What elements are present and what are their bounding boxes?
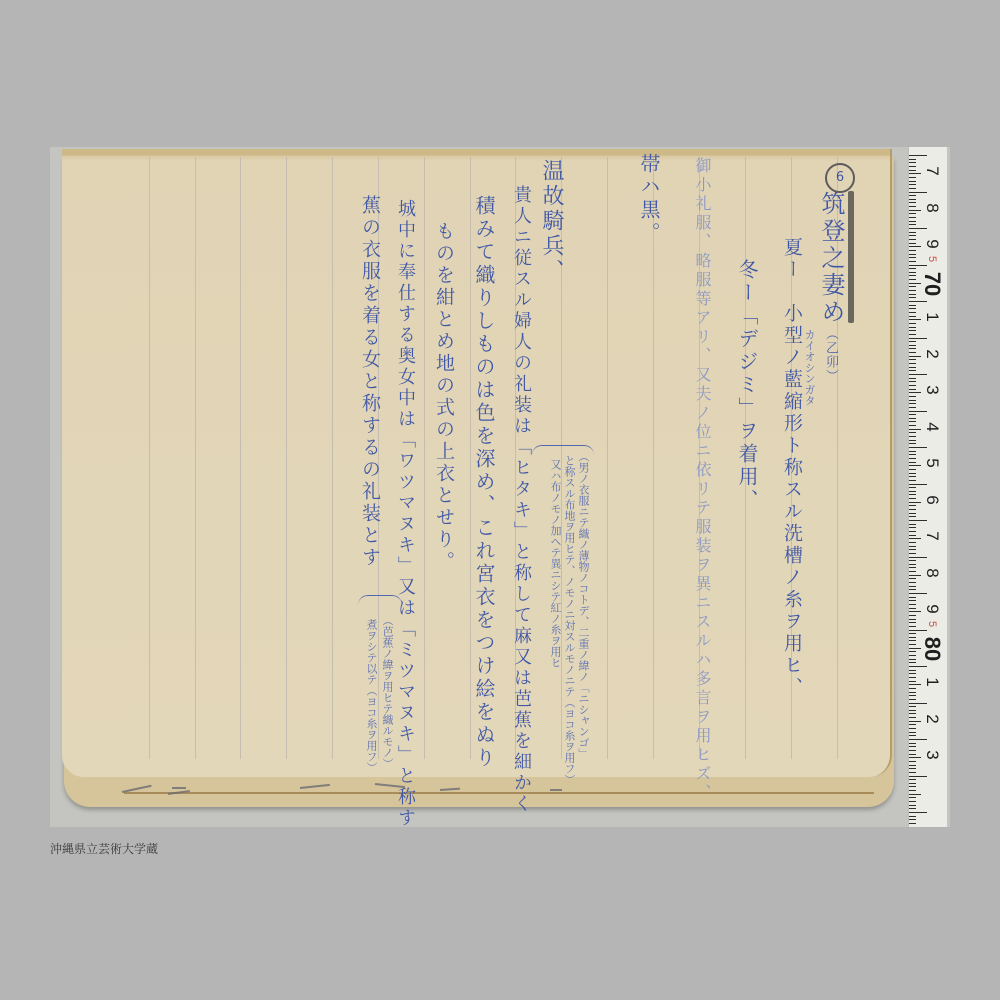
tape-tick [909, 732, 916, 733]
annotation: と称スル布地ヲ用ヒテ、ノモノニ対スルモノニテ（ヨコ糸ヲ用フ） [564, 455, 575, 785]
tape-tick [909, 655, 916, 656]
tape-tick [909, 389, 916, 390]
text-column: 積みて織りしものは色を深め、これ宮衣をつけ絵をぬり [474, 195, 494, 770]
tape-tick [909, 739, 927, 740]
tape-tick [909, 538, 921, 539]
tape-tick [909, 206, 916, 207]
tape-tick [909, 476, 916, 477]
tape-tick [909, 553, 916, 554]
tape-label: 8 [922, 560, 942, 586]
tape-tick [909, 487, 916, 488]
tape-tick [909, 491, 916, 492]
tape-tick [909, 498, 916, 499]
tape-tick [909, 345, 916, 346]
tape-tick [909, 597, 916, 598]
tape-tick [909, 575, 921, 576]
tape-tick [909, 392, 921, 393]
tape-tick [909, 746, 916, 747]
tape-tick [909, 400, 916, 401]
tape-tick [909, 370, 916, 371]
tape-tick [909, 170, 916, 171]
tape-tick [909, 279, 916, 280]
tape-label: 80 [919, 636, 945, 662]
tape-tick [909, 177, 916, 178]
rule-line [240, 157, 241, 759]
tape-tick [909, 228, 927, 229]
tape-tick [909, 673, 916, 674]
tape-label: 3 [922, 742, 942, 768]
tape-tick [909, 239, 916, 240]
tape-tick [909, 181, 916, 182]
tape-label: 2 [922, 706, 942, 732]
tape-tick [909, 754, 916, 755]
rule-line [424, 157, 425, 759]
tape-tick [909, 666, 927, 667]
tape-tick [909, 699, 916, 700]
tape-tick [909, 706, 916, 707]
tape-tick [909, 484, 927, 485]
tape-label: 8 [922, 195, 942, 221]
tape-tick [909, 352, 916, 353]
tape-tick [909, 524, 916, 525]
tape-tick [909, 505, 916, 506]
tape-tick [909, 308, 916, 309]
tape-tick [909, 630, 927, 631]
tape-tick [909, 765, 916, 766]
tape-tick [909, 684, 921, 685]
page-bottom-edge [110, 779, 870, 805]
measuring-tape: 789570123456789580123 [908, 147, 947, 827]
tape-label: 3 [922, 377, 942, 403]
tape-tick [909, 268, 916, 269]
tape-tick [909, 721, 921, 722]
text-column: 冬ー「デジミ」ヲ着用、 [737, 259, 757, 512]
tape-tick [909, 440, 916, 441]
tape-tick [909, 593, 927, 594]
text-column: ものを紺とめ地の式の上衣とせり。 [434, 221, 453, 573]
tape-tick [909, 819, 916, 820]
tape-tick [909, 305, 916, 306]
tape-tick [909, 794, 921, 795]
tape-tick [909, 272, 916, 273]
tape-tick [909, 162, 916, 163]
tape-tick [909, 348, 916, 349]
tape-tick [909, 396, 916, 397]
tape-tick [909, 535, 916, 536]
tape-tick [909, 465, 921, 466]
text-column: 貴人ニ従スル婦人の礼装は「ヒタキ」と称して麻又は芭蕉を細かく [512, 185, 530, 815]
tape-tick [909, 633, 916, 634]
tape-tick [909, 447, 927, 448]
tape-tick [909, 546, 916, 547]
tape-label: 5 [922, 450, 942, 476]
tape-tick [909, 509, 916, 510]
tape-tick [909, 217, 916, 218]
tape-tick [909, 728, 916, 729]
tape-tick [909, 772, 916, 773]
tape-tick [909, 458, 916, 459]
tape-tick [909, 462, 916, 463]
text-note: （乙卯） [824, 327, 837, 383]
pencil-mark [172, 787, 186, 789]
tape-tick [909, 385, 916, 386]
tape-tick [909, 611, 921, 612]
tape-tick [909, 567, 916, 568]
tape-tick [909, 757, 921, 758]
tape-tick [909, 454, 916, 455]
tape-tick [909, 713, 916, 714]
tape-tick [909, 232, 916, 233]
tape-tick [909, 367, 916, 368]
text-column: 帯ハ黒。 [639, 153, 659, 245]
tape-tick [909, 786, 916, 787]
tape-label: 4 [922, 414, 942, 440]
tape-tick [909, 374, 927, 375]
tape-tick [909, 195, 916, 196]
tape-tick [909, 520, 927, 521]
tape-tick [909, 286, 916, 287]
annotation: 又ハ布ノモノ加ヘテ異ニシテ紅ノ糸ヲ用ヒ [550, 459, 561, 668]
tape-tick [909, 531, 916, 532]
tape-tick [909, 564, 916, 565]
rule-line [286, 157, 287, 759]
tape-tick [909, 724, 916, 725]
rule-line [149, 157, 150, 759]
tape-tick [909, 812, 927, 813]
tape-tick [909, 695, 916, 696]
tape-tick [909, 341, 916, 342]
tape-tick [909, 294, 916, 295]
tape-tick [909, 275, 916, 276]
tape-tick [909, 582, 916, 583]
tape-tick [909, 608, 916, 609]
tape-tick [909, 805, 916, 806]
tape-tick [909, 199, 916, 200]
tape-tick [909, 692, 916, 693]
tape-tick [909, 571, 916, 572]
tape-tick [909, 184, 916, 185]
tape-tick [909, 808, 916, 809]
tape-tick [909, 246, 921, 247]
annotation: （芭蕉ノ緯ヲ用ヒテ織ルモノ） [382, 615, 393, 769]
notebook-page: 6 筑登之妻め （乙卯） カイオシンガタ 夏ー 小型ノ藍縮形ト称スル洗槽ノ糸ヲ用… [62, 149, 892, 777]
tape-tick [909, 502, 921, 503]
tape-tick [909, 473, 916, 474]
tape-tick [909, 651, 916, 652]
tape-tick [909, 213, 916, 214]
tape-tick [909, 776, 927, 777]
text-column-faint: 御小礼服、略服等アリ、又夫ノ位ニ依リテ服装ヲ異ニスルハ多言ヲ用ヒズ、 [694, 157, 710, 803]
tape-tick [909, 600, 916, 601]
tape-tick [909, 823, 916, 824]
tape-tick [909, 557, 927, 558]
tape-tick [909, 560, 916, 561]
tape-tick [909, 330, 916, 331]
tape-tick [909, 750, 916, 751]
tape-tick [909, 717, 916, 718]
tape-tick [909, 418, 916, 419]
tape-tick [909, 359, 916, 360]
annotation-bracket [358, 595, 402, 616]
tape-label: 5 [926, 611, 938, 637]
tape-tick [909, 640, 916, 641]
tape-label: 70 [919, 271, 945, 297]
rule-line [653, 157, 654, 759]
tape-tick [909, 626, 916, 627]
pencil-mark [550, 789, 562, 791]
tape-label: 7 [922, 158, 942, 184]
text-column: 城中に奉仕する奥女中は「ワツマヌキ」又は「ミツマヌキ」と称する芭 [396, 199, 414, 827]
tape-tick [909, 202, 916, 203]
tape-tick [909, 221, 916, 222]
rule-line [607, 157, 608, 759]
tape-tick [909, 480, 916, 481]
tape-tick [909, 703, 927, 704]
pencil-mark [300, 784, 330, 789]
pencil-mark [375, 783, 405, 788]
tape-tick [909, 403, 916, 404]
tape-tick [909, 768, 916, 769]
annotation: 煮ヲシテ以テ（ヨコ糸ヲ用フ） [366, 619, 377, 773]
tape-label: 2 [922, 341, 942, 367]
page-number: 6 [825, 163, 855, 193]
pencil-mark [168, 790, 190, 795]
tape-tick [909, 159, 916, 160]
tape-tick [909, 677, 916, 678]
tape-tick [909, 549, 916, 550]
tape-tick [909, 327, 916, 328]
tape-tick [909, 816, 916, 817]
tape-tick [909, 644, 916, 645]
tape-tick [909, 210, 921, 211]
tape-tick [909, 323, 916, 324]
tape-tick [909, 312, 916, 313]
tape-tick [909, 542, 916, 543]
tape-tick [909, 297, 916, 298]
tape-label: 1 [922, 304, 942, 330]
tape-tick [909, 188, 916, 189]
tape-tick [909, 735, 916, 736]
tape-tick [909, 622, 916, 623]
tape-tick [909, 254, 916, 255]
tape-tick [909, 411, 927, 412]
tape-tick [909, 790, 916, 791]
tape-tick [909, 261, 916, 262]
tape-tick [909, 619, 916, 620]
tape-tick [909, 421, 916, 422]
tape-tick [909, 414, 916, 415]
tape-tick [909, 356, 921, 357]
text-column: 蕉の衣服を着る女と称するの礼装とす [360, 195, 379, 569]
text-column: 筑登之妻め [819, 191, 843, 326]
tape-tick [909, 586, 916, 587]
tape-tick [909, 363, 916, 364]
rule-line [470, 157, 471, 759]
tape-tick [909, 659, 916, 660]
tape-tick [909, 301, 927, 302]
tape-tick [909, 407, 916, 408]
tape-tick [909, 637, 916, 638]
tape-tick [909, 801, 916, 802]
tape-tick [909, 432, 916, 433]
tape-label: 7 [922, 523, 942, 549]
tape-tick [909, 688, 916, 689]
tape-tick [909, 265, 927, 266]
tape-tick [909, 527, 916, 528]
pencil-mark [122, 785, 152, 793]
tape-tick [909, 338, 927, 339]
tape-label: 1 [922, 669, 942, 695]
tape-tick [909, 224, 916, 225]
collection-credit: 沖縄県立芸術大学蔵 [50, 840, 158, 857]
tape-tick [909, 166, 916, 167]
tape-tick [909, 381, 916, 382]
tape-tick [909, 604, 916, 605]
ruby-text: カイオシンガタ [804, 329, 815, 406]
tape-tick [909, 615, 916, 616]
manuscript-photo: 6 筑登之妻め （乙卯） カイオシンガタ 夏ー 小型ノ藍縮形ト称スル洗槽ノ糸ヲ用… [50, 147, 950, 827]
tape-tick [909, 513, 916, 514]
tape-tick [909, 235, 916, 236]
rule-line [195, 157, 196, 759]
tape-tick [909, 681, 916, 682]
margin-pencil-mark [848, 191, 854, 323]
tape-tick [909, 797, 916, 798]
tape-tick [909, 578, 916, 579]
tape-tick [909, 425, 916, 426]
tape-tick [909, 290, 916, 291]
tape-tick [909, 443, 916, 444]
tape-tick [909, 761, 916, 762]
annotation: （男ノ衣服ニテ織ノ薄物ノコトデ、二重ノ緯ノ「ニシャンゴ」 [578, 451, 589, 759]
pencil-mark [440, 788, 460, 791]
text-column: 温故騎兵、 [540, 159, 562, 284]
tape-tick [909, 710, 916, 711]
tape-tick [909, 451, 916, 452]
tape-tick [909, 469, 916, 470]
tape-tick [909, 670, 916, 671]
tape-tick [909, 494, 916, 495]
tape-label: 6 [922, 487, 942, 513]
tape-tick [909, 334, 916, 335]
tape-tick [909, 662, 916, 663]
text-column: 夏ー 小型ノ藍縮形ト称スル洗槽ノ糸ヲ用ヒ、 [782, 237, 801, 699]
tape-tick [909, 192, 927, 193]
tape-tick [909, 429, 921, 430]
tape-tick [909, 779, 916, 780]
tape-tick [909, 589, 916, 590]
tape-tick [909, 243, 916, 244]
tape-tick [909, 173, 921, 174]
tape-tick [909, 155, 927, 156]
tape-tick [909, 516, 916, 517]
tape-label: 5 [926, 246, 938, 272]
tape-tick [909, 319, 921, 320]
tape-tick [909, 316, 916, 317]
tape-tick [909, 257, 916, 258]
tape-tick [909, 783, 916, 784]
tape-tick [909, 378, 916, 379]
tape-tick [909, 250, 916, 251]
tape-tick [909, 436, 916, 437]
tape-tick [909, 743, 916, 744]
rule-line [332, 157, 333, 759]
